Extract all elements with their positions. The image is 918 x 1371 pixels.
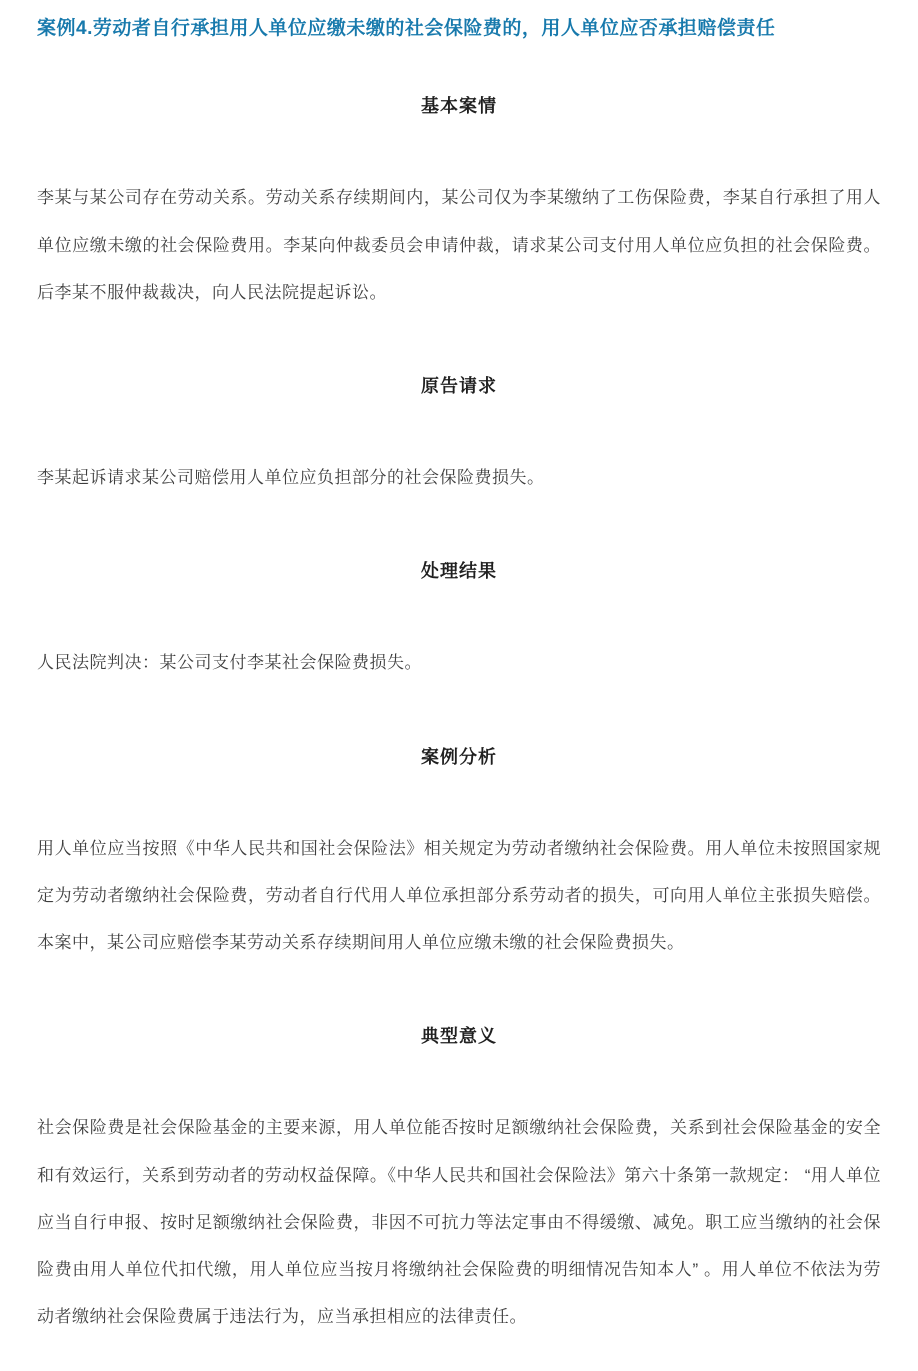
section-typical-significance: 典型意义 社会保险费是社会保险基金的主要来源，用人单位能否按时足额缴纳社会保险费…: [37, 1022, 881, 1340]
section-heading-typical-significance: 典型意义: [37, 1022, 881, 1048]
section-body-typical-significance: 社会保险费是社会保险基金的主要来源，用人单位能否按时足额缴纳社会保险费，关系到社…: [37, 1104, 881, 1340]
section-plaintiff-claim: 原告请求 李某起诉请求某公司赔偿用人单位应负担部分的社会保险费损失。: [37, 372, 881, 501]
article-page: 案例4.劳动者自行承担用人单位应缴未缴的社会保险费的，用人单位应否承担赔偿责任 …: [0, 0, 918, 1371]
section-heading-handling-result: 处理结果: [37, 557, 881, 583]
section-body-handling-result: 人民法院判决：某公司支付李某社会保险费损失。: [37, 639, 881, 686]
section-body-plaintiff-claim: 李某起诉请求某公司赔偿用人单位应负担部分的社会保险费损失。: [37, 454, 881, 501]
section-basic-facts: 基本案情 李某与某公司存在劳动关系。劳动关系存续期间内，某公司仅为李某缴纳了工伤…: [37, 92, 881, 316]
section-heading-basic-facts: 基本案情: [37, 92, 881, 118]
section-body-basic-facts: 李某与某公司存在劳动关系。劳动关系存续期间内，某公司仅为李某缴纳了工伤保险费，李…: [37, 174, 881, 316]
section-body-case-analysis: 用人单位应当按照《中华人民共和国社会保险法》相关规定为劳动者缴纳社会保险费。用人…: [37, 825, 881, 967]
section-heading-plaintiff-claim: 原告请求: [37, 372, 881, 398]
section-heading-case-analysis: 案例分析: [37, 743, 881, 769]
section-case-analysis: 案例分析 用人单位应当按照《中华人民共和国社会保险法》相关规定为劳动者缴纳社会保…: [37, 743, 881, 967]
article-title: 案例4.劳动者自行承担用人单位应缴未缴的社会保险费的，用人单位应否承担赔偿责任: [37, 14, 881, 44]
section-handling-result: 处理结果 人民法院判决：某公司支付李某社会保险费损失。: [37, 557, 881, 686]
